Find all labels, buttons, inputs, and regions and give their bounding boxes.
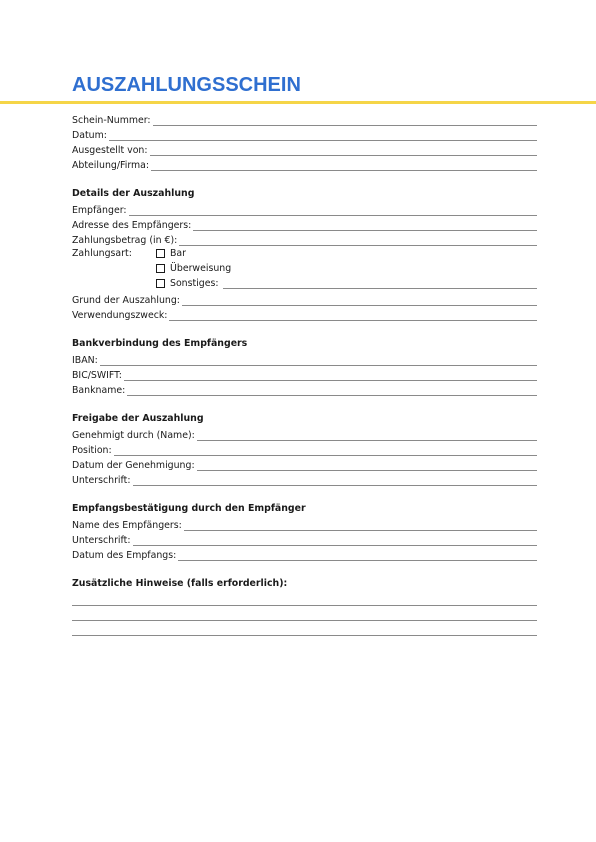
fill-line[interactable] xyxy=(150,144,537,156)
field-label: Datum der Genehmigung: xyxy=(72,460,195,471)
field-grund: Grund der Auszahlung: xyxy=(72,291,537,306)
option-label: Sonstiges: xyxy=(170,278,219,289)
field-bankname: Bankname: xyxy=(72,381,537,396)
payment-option-sonstiges: Sonstiges: xyxy=(72,276,537,291)
field-unterschrift-receipt: Unterschrift: xyxy=(72,531,537,546)
checkbox-bar[interactable] xyxy=(156,249,165,258)
field-label: Zahlungsbetrag (in €): xyxy=(72,235,177,246)
checkbox-sonstiges[interactable] xyxy=(156,279,165,288)
field-label: IBAN: xyxy=(72,355,98,366)
payout-form: Schein-Nummer: Datum: Ausgestellt von: A… xyxy=(72,111,537,636)
field-label: Bankname: xyxy=(72,385,125,396)
field-name-empfaenger: Name des Empfängers: xyxy=(72,516,537,531)
fill-line[interactable] xyxy=(133,534,537,546)
field-label: Unterschrift: xyxy=(72,475,131,486)
page-title: AUSZAHLUNGSSCHEIN xyxy=(72,74,301,97)
fill-line[interactable] xyxy=(182,294,537,306)
fill-line[interactable] xyxy=(193,219,537,231)
fill-line[interactable] xyxy=(127,384,537,396)
field-label: Datum: xyxy=(72,130,107,141)
field-datum-empfang: Datum des Empfangs: xyxy=(72,546,537,561)
field-label: Position: xyxy=(72,445,112,456)
field-betrag: Zahlungsbetrag (in €): xyxy=(72,231,537,246)
field-datum: Datum: xyxy=(72,126,537,141)
field-label: Ausgestellt von: xyxy=(72,145,148,156)
field-label: Name des Empfängers: xyxy=(72,520,182,531)
section-heading-approval: Freigabe der Auszahlung xyxy=(72,411,537,426)
section-heading-bank: Bankverbindung des Empfängers xyxy=(72,336,537,351)
field-position: Position: xyxy=(72,441,537,456)
field-empfaenger: Empfänger: xyxy=(72,201,537,216)
field-schein-nummer: Schein-Nummer: xyxy=(72,111,537,126)
fill-line[interactable] xyxy=(179,234,537,246)
field-verwendungszweck: Verwendungszweck: xyxy=(72,306,537,321)
field-label: Unterschrift: xyxy=(72,535,131,546)
field-label: Datum des Empfangs: xyxy=(72,550,176,561)
field-label: Verwendungszweck: xyxy=(72,310,167,321)
notes-line[interactable] xyxy=(72,621,537,636)
field-ausgestellt-von: Ausgestellt von: xyxy=(72,141,537,156)
notes-line[interactable] xyxy=(72,591,537,606)
fill-line[interactable] xyxy=(178,549,537,561)
checkbox-ueberweisung[interactable] xyxy=(156,264,165,273)
section-heading-details: Details der Auszahlung xyxy=(72,186,537,201)
accent-rule xyxy=(0,101,596,104)
section-heading-receipt: Empfangsbestätigung durch den Empfänger xyxy=(72,501,537,516)
field-iban: IBAN: xyxy=(72,351,537,366)
notes-line[interactable] xyxy=(72,606,537,621)
field-label: Genehmigt durch (Name): xyxy=(72,430,195,441)
fill-line[interactable] xyxy=(114,444,537,456)
fill-line[interactable] xyxy=(197,459,537,471)
fill-line[interactable] xyxy=(197,429,537,441)
fill-line[interactable] xyxy=(133,474,537,486)
field-label: Empfänger: xyxy=(72,205,127,216)
field-label: BIC/SWIFT: xyxy=(72,370,122,381)
fill-line[interactable] xyxy=(100,354,537,366)
fill-line[interactable] xyxy=(153,114,537,126)
option-label: Überweisung xyxy=(170,263,231,274)
field-abteilung: Abteilung/Firma: xyxy=(72,156,537,171)
field-genehmigt-durch: Genehmigt durch (Name): xyxy=(72,426,537,441)
fill-line[interactable] xyxy=(184,519,537,531)
payment-type-label: Zahlungsart: xyxy=(72,248,156,259)
field-label: Adresse des Empfängers: xyxy=(72,220,191,231)
fill-line[interactable] xyxy=(151,159,537,171)
fill-line[interactable] xyxy=(223,278,537,289)
field-datum-genehmigung: Datum der Genehmigung: xyxy=(72,456,537,471)
field-bic: BIC/SWIFT: xyxy=(72,366,537,381)
field-adresse: Adresse des Empfängers: xyxy=(72,216,537,231)
option-label: Bar xyxy=(170,248,186,259)
field-label: Abteilung/Firma: xyxy=(72,160,149,171)
field-label: Schein-Nummer: xyxy=(72,115,151,126)
field-label: Grund der Auszahlung: xyxy=(72,295,180,306)
fill-line[interactable] xyxy=(129,204,537,216)
field-unterschrift-approval: Unterschrift: xyxy=(72,471,537,486)
fill-line[interactable] xyxy=(109,129,537,141)
fill-line[interactable] xyxy=(124,369,537,381)
payment-option-bar: Zahlungsart:Bar xyxy=(72,246,537,261)
fill-line[interactable] xyxy=(169,309,537,321)
section-heading-notes: Zusätzliche Hinweise (falls erforderlich… xyxy=(72,576,537,591)
payment-option-ueberweisung: Überweisung xyxy=(72,261,537,276)
